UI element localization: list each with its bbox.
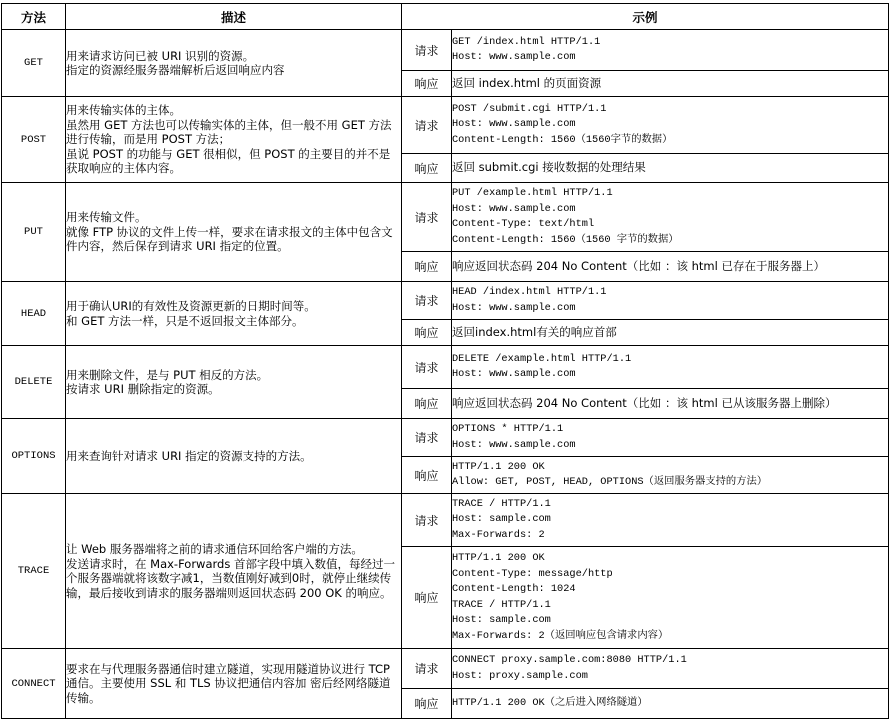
request-label: 请求: [402, 97, 452, 154]
response-line: 响应返回状态码 204 No Content（比如 ：该 html 已存在于服务…: [452, 259, 888, 275]
response-line: TRACE / HTTP/1.1: [452, 598, 888, 614]
request-example: PUT /example.html HTTP/1.1Host: www.samp…: [452, 183, 889, 252]
method-description: 用来传输文件。 就像 FTP 协议的文件上传一样，要求在请求报文的主体中包含文件…: [66, 183, 402, 282]
table-row: TRACE让 Web 服务器端将之前的请求通信环回给客户端的方法。 发送请求时，…: [2, 494, 889, 547]
table-row: DELETE用来删除文件，是与 PUT 相反的方法。 按请求 URI 删除指定的…: [2, 346, 889, 389]
response-line: 响应返回状态码 204 No Content（比如 ：该 html 已从该服务器…: [452, 396, 888, 412]
response-line: 返回index.html有关的响应首部: [452, 325, 888, 341]
request-label: 请求: [402, 183, 452, 252]
request-example: CONNECT proxy.sample.com:8080 HTTP/1.1Ho…: [452, 649, 889, 689]
response-label: 响应: [402, 457, 452, 494]
request-line: Host: www.sample.com: [452, 50, 888, 66]
header-method: 方法: [2, 4, 66, 30]
response-label: 响应: [402, 389, 452, 419]
response-example: 返回 index.html 的页面资源: [452, 71, 889, 97]
header-description: 描述: [66, 4, 402, 30]
method-name: HEAD: [2, 282, 66, 346]
method-description: 让 Web 服务器端将之前的请求通信环回给客户端的方法。 发送请求时，在 Max…: [66, 494, 402, 649]
table-row: PUT用来传输文件。 就像 FTP 协议的文件上传一样，要求在请求报文的主体中包…: [2, 183, 889, 252]
request-label: 请求: [402, 494, 452, 547]
http-methods-table: 方法 描述 示例 GET用来请求访问已被 URI 识别的资源。 指定的资源经服务…: [1, 3, 889, 719]
request-example: TRACE / HTTP/1.1Host: sample.comMax-Forw…: [452, 494, 889, 547]
request-line: DELETE /example.html HTTP/1.1: [452, 352, 888, 368]
method-name: POST: [2, 97, 66, 183]
request-label: 请求: [402, 282, 452, 320]
method-name: CONNECT: [2, 649, 66, 719]
header-row: 方法 描述 示例: [2, 4, 889, 30]
response-label: 响应: [402, 320, 452, 346]
request-line: PUT /example.html HTTP/1.1: [452, 186, 888, 202]
request-label: 请求: [402, 419, 452, 457]
request-line: POST /submit.cgi HTTP/1.1: [452, 102, 888, 118]
response-line: Max-Forwards: 2（返回响应包含请求内容）: [452, 629, 888, 645]
response-example: HTTP/1.1 200 OKAllow: GET, POST, HEAD, O…: [452, 457, 889, 494]
request-line: TRACE / HTTP/1.1: [452, 497, 888, 513]
table-row: GET用来请求访问已被 URI 识别的资源。 指定的资源经服务器端解析后返回响应…: [2, 30, 889, 71]
response-label: 响应: [402, 252, 452, 282]
request-line: Max-Forwards: 2: [452, 528, 888, 544]
request-line: CONNECT proxy.sample.com:8080 HTTP/1.1: [452, 653, 888, 669]
request-line: HEAD /index.html HTTP/1.1: [452, 285, 888, 301]
request-example: HEAD /index.html HTTP/1.1Host: www.sampl…: [452, 282, 889, 320]
request-example: GET /index.html HTTP/1.1Host: www.sample…: [452, 30, 889, 71]
request-line: Content-Type: text/html: [452, 217, 888, 233]
response-line: 返回 index.html 的页面资源: [452, 76, 888, 92]
request-line: Host: sample.com: [452, 512, 888, 528]
response-line: Content-Length: 1024: [452, 582, 888, 598]
table-row: HEAD用于确认URI的有效性及资源更新的日期时间等。 和 GET 方法一样，只…: [2, 282, 889, 320]
method-description: 要求在与代理服务器通信时建立隧道，实现用隧道协议进行 TCP 通信。主要使用 S…: [66, 649, 402, 719]
method-name: TRACE: [2, 494, 66, 649]
response-line: HTTP/1.1 200 OK: [452, 460, 888, 476]
response-line: Host: sample.com: [452, 613, 888, 629]
table-row: OPTIONS用来查询针对请求 URI 指定的资源支持的方法。请求OPTIONS…: [2, 419, 889, 457]
request-line: OPTIONS * HTTP/1.1: [452, 422, 888, 438]
request-example: POST /submit.cgi HTTP/1.1Host: www.sampl…: [452, 97, 889, 154]
method-name: PUT: [2, 183, 66, 282]
response-line: HTTP/1.1 200 OK: [452, 551, 888, 567]
response-example: 响应返回状态码 204 No Content（比如 ：该 html 已从该服务器…: [452, 389, 889, 419]
request-label: 请求: [402, 649, 452, 689]
http-methods-page: 方法 描述 示例 GET用来请求访问已被 URI 识别的资源。 指定的资源经服务…: [0, 0, 889, 720]
response-label: 响应: [402, 547, 452, 649]
request-example: OPTIONS * HTTP/1.1Host: www.sample.com: [452, 419, 889, 457]
response-line: HTTP/1.1 200 OK（之后进入网络隧道）: [452, 696, 888, 712]
method-name: DELETE: [2, 346, 66, 419]
request-line: Host: www.sample.com: [452, 117, 888, 133]
table-row: POST用来传输实体的主体。 虽然用 GET 方法也可以传输实体的主体，但一般不…: [2, 97, 889, 154]
table-body: GET用来请求访问已被 URI 识别的资源。 指定的资源经服务器端解析后返回响应…: [2, 30, 889, 719]
request-line: GET /index.html HTTP/1.1: [452, 35, 888, 51]
response-example: HTTP/1.1 200 OK（之后进入网络隧道）: [452, 689, 889, 719]
request-line: Host: www.sample.com: [452, 301, 888, 317]
method-name: GET: [2, 30, 66, 97]
method-description: 用来请求访问已被 URI 识别的资源。 指定的资源经服务器端解析后返回响应内容: [66, 30, 402, 97]
response-example: 返回 submit.cgi 接收数据的处理结果: [452, 154, 889, 183]
request-line: Host: proxy.sample.com: [452, 669, 888, 685]
table-row: CONNECT要求在与代理服务器通信时建立隧道，实现用隧道协议进行 TCP 通信…: [2, 649, 889, 689]
request-line: Host: www.sample.com: [452, 438, 888, 454]
method-description: 用来查询针对请求 URI 指定的资源支持的方法。: [66, 419, 402, 494]
request-example: DELETE /example.html HTTP/1.1Host: www.s…: [452, 346, 889, 389]
request-line: Content-Length: 1560（1560字节的数据）: [452, 133, 888, 149]
response-line: 返回 submit.cgi 接收数据的处理结果: [452, 160, 888, 176]
method-description: 用来传输实体的主体。 虽然用 GET 方法也可以传输实体的主体，但一般不用 GE…: [66, 97, 402, 183]
response-label: 响应: [402, 689, 452, 719]
method-name: OPTIONS: [2, 419, 66, 494]
response-line: Allow: GET, POST, HEAD, OPTIONS（返回服务器支持的…: [452, 475, 888, 491]
request-line: Content-Length: 1560（1560 字节的数据）: [452, 233, 888, 249]
response-example: HTTP/1.1 200 OKContent-Type: message/htt…: [452, 547, 889, 649]
response-label: 响应: [402, 154, 452, 183]
request-line: Host: www.sample.com: [452, 202, 888, 218]
request-label: 请求: [402, 346, 452, 389]
response-example: 响应返回状态码 204 No Content（比如 ：该 html 已存在于服务…: [452, 252, 889, 282]
method-description: 用来删除文件，是与 PUT 相反的方法。 按请求 URI 删除指定的资源。: [66, 346, 402, 419]
response-label: 响应: [402, 71, 452, 97]
request-label: 请求: [402, 30, 452, 71]
response-line: Content-Type: message/http: [452, 567, 888, 583]
request-line: Host: www.sample.com: [452, 367, 888, 383]
header-example: 示例: [402, 4, 889, 30]
method-description: 用于确认URI的有效性及资源更新的日期时间等。 和 GET 方法一样，只是不返回…: [66, 282, 402, 346]
response-example: 返回index.html有关的响应首部: [452, 320, 889, 346]
